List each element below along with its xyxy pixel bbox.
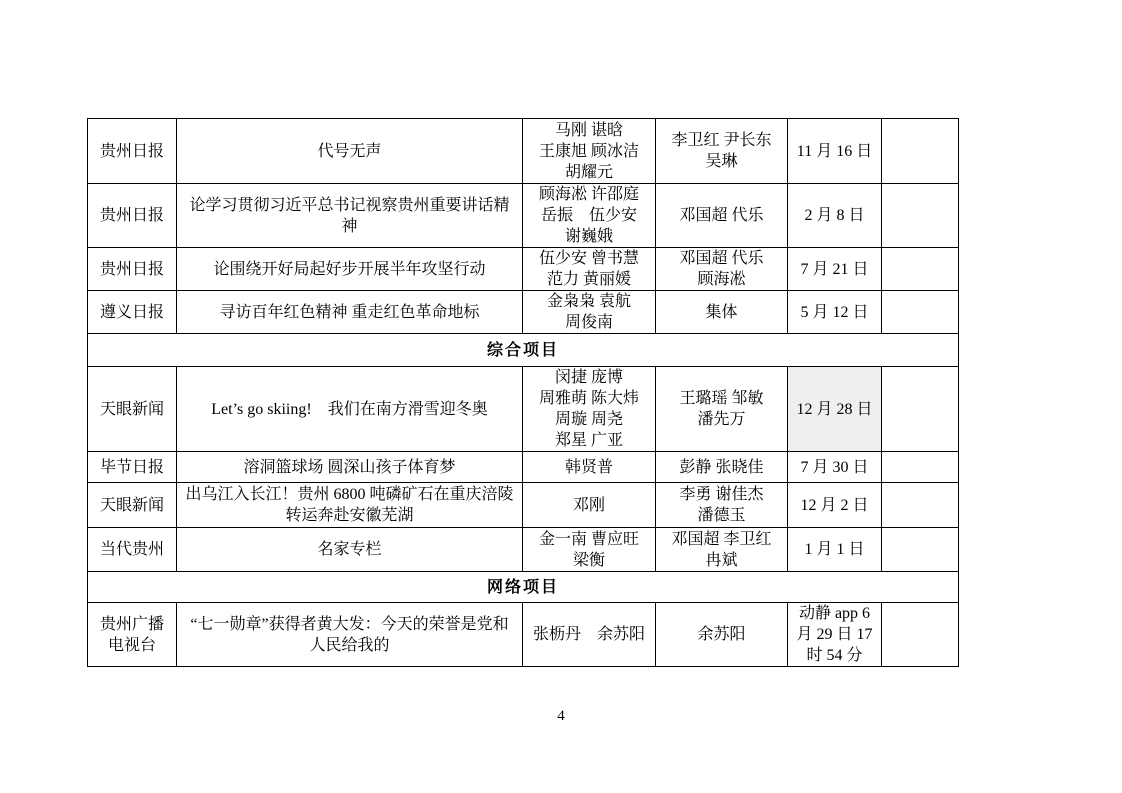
authors-cell: 闵捷 庞博 周雅萌 陈大炜 周璇 周尧 郑星 广亚 (523, 367, 656, 452)
media-cell: 当代贵州 (88, 528, 177, 572)
authors-cell: 张枥丹 余苏阳 (523, 603, 656, 667)
page-number: 4 (0, 708, 1122, 725)
date-cell: 7 月 30 日 (788, 452, 882, 483)
media-cell: 天眼新闻 (88, 367, 177, 452)
title-cell: 论围绕开好局起好步开展半年攻坚行动 (177, 248, 523, 291)
media-cell: 毕节日报 (88, 452, 177, 483)
note-cell (882, 367, 959, 452)
table-row: 天眼新闻 出乌江入长江！贵州 6800 吨磷矿石在重庆涪陵 转运奔赴安徽芜湖 邓… (88, 483, 959, 528)
note-cell (882, 184, 959, 248)
editors-cell: 李勇 谢佳杰 潘德玉 (656, 483, 788, 528)
date-cell: 7 月 21 日 (788, 248, 882, 291)
date-cell: 动静 app 6 月 29 日 17 时 54 分 (788, 603, 882, 667)
media-cell: 遵义日报 (88, 291, 177, 334)
editors-cell: 李卫红 尹长东 吴琳 (656, 119, 788, 184)
awards-table: 贵州日报 代号无声 马刚 谌晗 王康旭 顾冰洁 胡耀元 李卫红 尹长东 吴琳 1… (87, 118, 959, 667)
media-cell: 贵州广播 电视台 (88, 603, 177, 667)
note-cell (882, 291, 959, 334)
editors-cell: 邓国超 李卫红 冉斌 (656, 528, 788, 572)
authors-cell: 马刚 谌晗 王康旭 顾冰洁 胡耀元 (523, 119, 656, 184)
note-cell (882, 603, 959, 667)
section-header-row: 网络项目 (88, 572, 959, 603)
table-row: 贵州日报 代号无声 马刚 谌晗 王康旭 顾冰洁 胡耀元 李卫红 尹长东 吴琳 1… (88, 119, 959, 184)
date-cell: 2 月 8 日 (788, 184, 882, 248)
title-cell: 出乌江入长江！贵州 6800 吨磷矿石在重庆涪陵 转运奔赴安徽芜湖 (177, 483, 523, 528)
table-row: 当代贵州 名家专栏 金一南 曹应旺 梁衡 邓国超 李卫红 冉斌 1 月 1 日 (88, 528, 959, 572)
editors-cell: 余苏阳 (656, 603, 788, 667)
date-cell: 11 月 16 日 (788, 119, 882, 184)
date-cell: 12 月 28 日 (788, 367, 882, 452)
table-row: 天眼新闻 Let’s go skiing! 我们在南方滑雪迎冬奥 闵捷 庞博 周… (88, 367, 959, 452)
table-row: 贵州日报 论围绕开好局起好步开展半年攻坚行动 伍少安 曾书慧 范力 黄丽媛 邓国… (88, 248, 959, 291)
title-cell: 代号无声 (177, 119, 523, 184)
authors-cell: 韩贤普 (523, 452, 656, 483)
note-cell (882, 452, 959, 483)
table-row: 遵义日报 寻访百年红色精神 重走红色革命地标 金枭枭 袁航 周俊南 集体 5 月… (88, 291, 959, 334)
authors-cell: 金一南 曹应旺 梁衡 (523, 528, 656, 572)
section-header-row: 综合项目 (88, 334, 959, 367)
section-header: 网络项目 (88, 572, 959, 603)
date-cell: 1 月 1 日 (788, 528, 882, 572)
title-cell: 论学习贯彻习近平总书记视察贵州重要讲话精 神 (177, 184, 523, 248)
editors-cell: 王璐瑶 邹敏 潘先万 (656, 367, 788, 452)
note-cell (882, 483, 959, 528)
date-cell: 5 月 12 日 (788, 291, 882, 334)
table-row: 贵州广播 电视台 “七一勋章”获得者黄大发：今天的荣誉是党和 人民给我的 张枥丹… (88, 603, 959, 667)
document-page: { "document": { "page_number": "4" }, "c… (0, 0, 1122, 793)
media-cell: 贵州日报 (88, 119, 177, 184)
section-header: 综合项目 (88, 334, 959, 367)
title-cell: 寻访百年红色精神 重走红色革命地标 (177, 291, 523, 334)
editors-cell: 邓国超 代乐 (656, 184, 788, 248)
authors-cell: 金枭枭 袁航 周俊南 (523, 291, 656, 334)
date-cell: 12 月 2 日 (788, 483, 882, 528)
title-cell: “七一勋章”获得者黄大发：今天的荣誉是党和 人民给我的 (177, 603, 523, 667)
title-cell: 名家专栏 (177, 528, 523, 572)
authors-cell: 伍少安 曾书慧 范力 黄丽媛 (523, 248, 656, 291)
media-cell: 贵州日报 (88, 248, 177, 291)
editors-cell: 彭静 张晓佳 (656, 452, 788, 483)
authors-cell: 邓刚 (523, 483, 656, 528)
media-cell: 贵州日报 (88, 184, 177, 248)
note-cell (882, 528, 959, 572)
table-row: 毕节日报 溶洞篮球场 圆深山孩子体育梦 韩贤普 彭静 张晓佳 7 月 30 日 (88, 452, 959, 483)
media-cell: 天眼新闻 (88, 483, 177, 528)
authors-cell: 顾海凇 许邵庭 岳振 伍少安 谢巍娥 (523, 184, 656, 248)
note-cell (882, 248, 959, 291)
table-row: 贵州日报 论学习贯彻习近平总书记视察贵州重要讲话精 神 顾海凇 许邵庭 岳振 伍… (88, 184, 959, 248)
note-cell (882, 119, 959, 184)
title-cell: 溶洞篮球场 圆深山孩子体育梦 (177, 452, 523, 483)
editors-cell: 邓国超 代乐 顾海凇 (656, 248, 788, 291)
editors-cell: 集体 (656, 291, 788, 334)
title-cell: Let’s go skiing! 我们在南方滑雪迎冬奥 (177, 367, 523, 452)
